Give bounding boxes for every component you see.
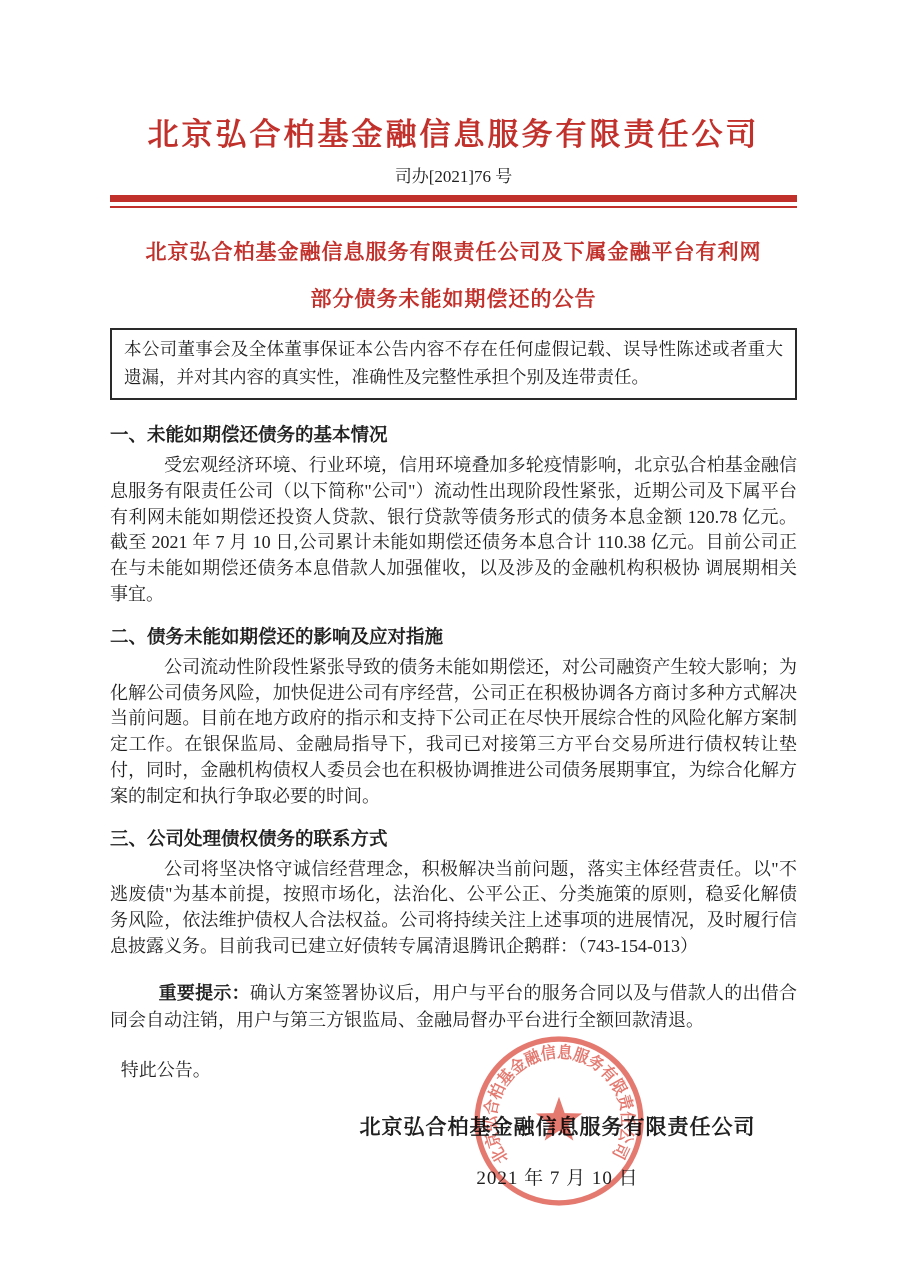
disclaimer-text: 本公司董事会及全体董事保证本公告内容不存在任何虚假记载、误导性陈述或者重大遗漏，… [124, 335, 783, 391]
closing-statement: 特此公告。 [110, 1058, 797, 1082]
important-note: 重要提示：确认方案签署协议后，用户与平台的服务合同以及与借款人的出借合同会自动注… [110, 980, 797, 1034]
section-3-body: 公司将坚决恪守诚信经营理念，积极解决当前问题，落实主体经营责任。以"不逃废债"为… [110, 857, 797, 960]
section-3-heading: 三、公司处理债权债务的联系方式 [110, 828, 797, 852]
announcement-subtitle-line1: 北京弘合柏基金融信息服务有限责任公司及下属金融平台有利网 [110, 239, 797, 265]
disclaimer-box: 本公司董事会及全体董事保证本公告内容不存在任何虚假记载、误导性陈述或者重大遗漏，… [110, 328, 797, 400]
signature-company-name: 北京弘合柏基金融信息服务有限责任公司 [318, 1114, 797, 1140]
section-3: 三、公司处理债权债务的联系方式 公司将坚决恪守诚信经营理念，积极解决当前问题，落… [110, 828, 797, 960]
announcement-subtitle-line2: 部分债务未能如期偿还的公告 [110, 286, 797, 312]
signature-block: 北京弘合柏基金融信息服务有限责任公司 2021 年 7 月 10 日 [110, 1114, 797, 1191]
section-2: 二、债务未能如期偿还的影响及应对指施 公司流动性阶段性紧张导致的债务未能如期偿还… [110, 626, 797, 810]
section-2-heading: 二、债务未能如期偿还的影响及应对指施 [110, 626, 797, 650]
company-title: 北京弘合柏基金融信息服务有限责任公司 [110, 118, 797, 152]
important-note-label: 重要提示： [159, 983, 250, 1003]
section-1: 一、未能如期偿还债务的基本情况 受宏观经济环境、行业环境，信用环境叠加多轮疫情影… [110, 424, 797, 608]
doc-number: 司办[2021]76 号 [110, 166, 797, 188]
section-1-heading: 一、未能如期偿还债务的基本情况 [110, 424, 797, 448]
section-1-body: 受宏观经济环境、行业环境，信用环境叠加多轮疫情影响，北京弘合柏基金融信息服务有限… [110, 453, 797, 608]
announcement-document-page: 北京弘合柏基金融信息服务有限责任公司 司办[2021]76 号 北京弘合柏基金融… [110, 0, 797, 1191]
header-rule-thin [110, 206, 797, 208]
header-rule-thick [110, 195, 797, 202]
signature-date: 2021 年 7 月 10 日 [318, 1167, 797, 1191]
section-2-body: 公司流动性阶段性紧张导致的债务未能如期偿还，对公司融资产生较大影响；为化解公司债… [110, 655, 797, 810]
